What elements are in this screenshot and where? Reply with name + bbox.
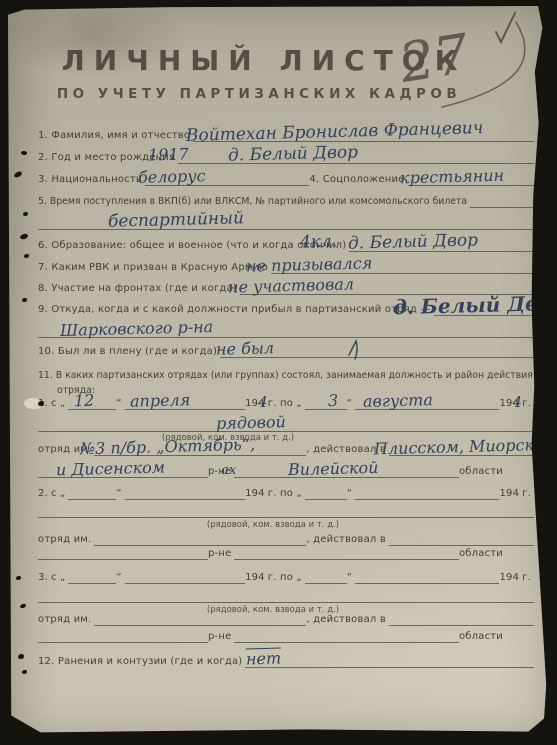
service-entry-2-dates: 2. с „ “ 194 г. по „ “ 194 г.: [38, 482, 534, 500]
service-entry-3-dates: 3. с „ “ 194 г. по „ “ 194 г.: [38, 566, 534, 584]
punch-hole: [24, 254, 29, 258]
handwritten-unit: №3 п/бр. „Октябрь“,: [80, 437, 255, 458]
printed-label: г. по „: [268, 488, 305, 500]
punch-hole: [22, 298, 27, 302]
form-line: [355, 569, 499, 584]
punch-hole: [20, 233, 29, 240]
punch-hole: [20, 603, 27, 608]
handwritten-captivity: не был: [216, 340, 274, 358]
printed-year: 194: [245, 488, 268, 500]
handwritten-year-digit: 4: [512, 393, 522, 411]
printed-label: “: [347, 398, 355, 410]
printed-label: “: [347, 572, 355, 584]
pencil-page-number: 27: [396, 27, 472, 91]
printed-label: области: [459, 631, 506, 643]
form-line: [68, 485, 116, 500]
field-row-9: 9. Откуда, когда и с какой должности при…: [38, 298, 534, 316]
punch-hole: [21, 150, 28, 155]
field-label: 12. Ранения и контузии (где и когда): [38, 656, 245, 668]
service-entry-2-region: р-не области: [38, 542, 506, 560]
form-line: [234, 628, 459, 643]
printed-year: 1944: [499, 398, 522, 410]
form-line: [125, 485, 245, 500]
printed-label: г. по „: [268, 572, 305, 584]
field-row-5: 5. Время поступления в ВКП(б) или ВЛКСМ,…: [38, 190, 534, 208]
handwritten-day: 12: [74, 393, 95, 410]
form-line: [125, 569, 245, 584]
printed-label: г.: [522, 398, 534, 410]
field-label: 9. Откуда, когда и с какой должности при…: [38, 304, 434, 316]
field-row-8: 8. Участие на фронтах (где и когда) не у…: [38, 277, 534, 295]
entry-number: 3.: [38, 572, 51, 584]
entry-number: 2.: [38, 488, 51, 500]
field-label: 10. Был ли в плену (где и когда): [38, 346, 220, 358]
punch-hole: [16, 576, 21, 580]
handwritten-district: Шарковского р-на: [60, 319, 214, 339]
field-row-6: 6. Образование: общее и военное (что и к…: [38, 234, 534, 252]
scan-background: ЛИЧНЫЙ ЛИСТОК ПО УЧЕТУ ПАРТИЗАНСКИХ КАДР…: [0, 0, 557, 745]
printed-label: р-неах: [208, 466, 234, 478]
handwritten-fronts: не участвовал: [228, 276, 354, 295]
field-label: 5. Время поступления в ВКП(б) или ВЛКСМ,…: [38, 196, 470, 208]
form-line: [389, 611, 534, 626]
printed-label: р-не: [208, 631, 234, 643]
form-line: [470, 193, 534, 208]
field-label: 7. Каким РВК и призван в Красную Армию: [38, 262, 271, 274]
form-line: [234, 545, 459, 560]
printed-label: с „: [51, 488, 68, 500]
punch-hole: [23, 212, 28, 216]
form-line: [68, 569, 116, 584]
handwritten-wounds: нет: [246, 651, 282, 668]
service-entry-3-role: [38, 585, 534, 603]
punch-hole: [22, 670, 27, 674]
punch-hole: [13, 171, 22, 178]
printed-label: “: [347, 488, 355, 500]
printed-year: 1944: [245, 398, 268, 410]
field-row-12: 12. Ранения и контузии (где и когда) нет: [38, 650, 534, 668]
printed-label: с „: [51, 398, 68, 410]
field-row-1: 1. Фамилия, имя и отчество Войтехан Брон…: [38, 124, 534, 142]
field-row-2: 2. Год и место рождения 1917 д. Белый Дв…: [38, 146, 534, 164]
handwritten-month: апреля: [130, 392, 191, 410]
printed-label: р-не: [208, 548, 234, 560]
form-line: [38, 628, 208, 643]
service-entry-1-role: рядовой: [38, 414, 534, 432]
field-row-9b: Шарковского р-на: [38, 320, 534, 338]
form-line: [38, 545, 208, 560]
form-line: [305, 395, 347, 410]
handwritten-social-position: крестьянин: [400, 168, 504, 187]
handwritten-education: 4кл.: [300, 234, 338, 252]
handwritten-year-digit: 4: [258, 393, 268, 411]
service-entry-1-region: р-неах области и Дисенском Вилейской: [38, 460, 506, 478]
printed-label: г.: [522, 488, 534, 500]
printed-year: 194: [245, 572, 268, 584]
service-entry-3-unit: отряд им. , действовал в: [38, 608, 534, 626]
handwritten-arrived-from: д. Белый Двор: [393, 293, 557, 318]
handwritten-day: 3: [328, 393, 339, 409]
printed-label: “: [116, 572, 124, 584]
field-label: 3. Национальность: [38, 174, 145, 186]
handwritten-rvk: не призывался: [246, 255, 373, 274]
handwritten-month: августа: [363, 392, 433, 410]
form-line: [38, 503, 534, 518]
printed-label: г. по „: [268, 398, 305, 410]
handwritten-region: Вилейской: [288, 460, 379, 478]
printed-label: области: [459, 548, 506, 560]
field-label: 1. Фамилия, имя и отчество: [38, 130, 193, 142]
printed-label: области: [459, 466, 506, 478]
field-label: 8. Участие на фронтах (где и когда): [38, 283, 240, 295]
handwritten-education-place: д. Белый Двор: [348, 232, 478, 252]
service-entry-3-region: р-не области: [38, 625, 506, 643]
field-row-5b: беспартийный: [38, 212, 534, 230]
handwritten-area: Плисском, Миорском: [374, 437, 557, 458]
handwritten-nationality: белорус: [138, 168, 206, 186]
printed-label: “: [116, 488, 124, 500]
printed-year: 194: [499, 488, 522, 500]
service-entry-1-dates: 1. с „ “ 1944 г. по „ “ 1944 г. 12 апрел…: [38, 392, 534, 410]
handwritten-birth-place: д. Белый Двор: [228, 144, 358, 164]
printed-label: “: [116, 398, 124, 410]
field-label: 4. Соцположение: [309, 174, 407, 186]
form-line: [305, 485, 347, 500]
service-entry-2-role: [38, 500, 534, 518]
form-line: [94, 611, 306, 626]
service-entry-1-unit: отряд им. , действовал в №3 п/бр. „Октяб…: [38, 438, 534, 456]
form-line: [245, 653, 534, 668]
document-page: ЛИЧНЫЙ ЛИСТОК ПО УЧЕТУ ПАРТИЗАНСКИХ КАДР…: [8, 6, 550, 736]
form-line: [305, 569, 347, 584]
handwritten-party-status: беспартийный: [108, 210, 244, 231]
check-icon: [496, 13, 515, 42]
punch-hole: [18, 654, 24, 659]
field-row-3: 3. Национальность 4. Соцположение белору…: [38, 168, 534, 186]
form-line: [355, 485, 499, 500]
printed-label: с „: [51, 572, 68, 584]
form-line: [38, 588, 534, 603]
field-row-7: 7. Каким РВК и призван в Красную Армию н…: [38, 256, 534, 274]
printed-label: г.: [522, 572, 534, 584]
handwritten-role: рядовой: [216, 414, 286, 432]
field-row-10: 10. Был ли в плену (где и когда) не был: [38, 340, 534, 358]
handwritten-district2: и Дисенском: [56, 460, 165, 479]
printed-year: 194: [499, 572, 522, 584]
handwritten-birth-year: 1917: [148, 146, 189, 163]
